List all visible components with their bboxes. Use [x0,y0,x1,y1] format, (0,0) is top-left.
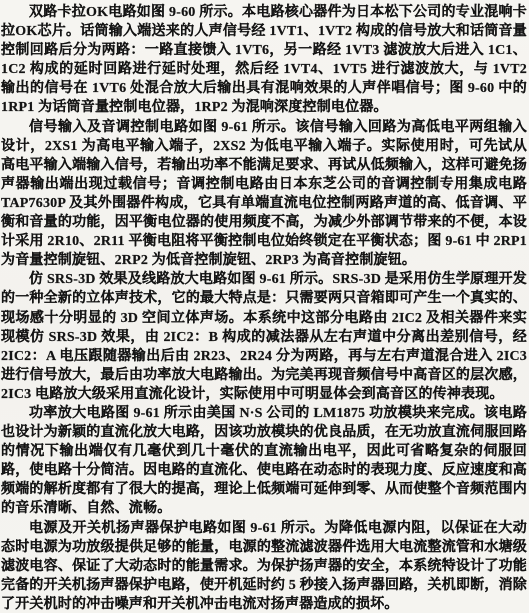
document-page: 双路卡拉OK电路如图 9-60 所示。本电路核心器件为日本松下公司的专业混响卡拉… [0,0,529,613]
paragraph-signal-input-tone-control: 信号输入及音调控制电路如图 9-61 所示。该信号输入回路为高低电平两组输入设计… [1,118,527,271]
paragraph-power-supply-speaker-protection: 电源及开关机扬声器保护电路如图 9-61 所示。为降低电源内阻，以保证在大动态时… [1,519,527,613]
paragraph-power-amplifier: 功率放大电路图 9-61 所示由美国 N·S 公司的 LM1875 功放模块来完… [1,404,527,519]
paragraph-srs-3d-effect: 仿 SRS-3D 效果及线路放大电路如图 9-61 所示。SRS-3D 是采用仿… [1,270,527,404]
paragraph-dual-karaoke-circuit: 双路卡拉OK电路如图 9-60 所示。本电路核心器件为日本松下公司的专业混响卡拉… [1,3,527,118]
